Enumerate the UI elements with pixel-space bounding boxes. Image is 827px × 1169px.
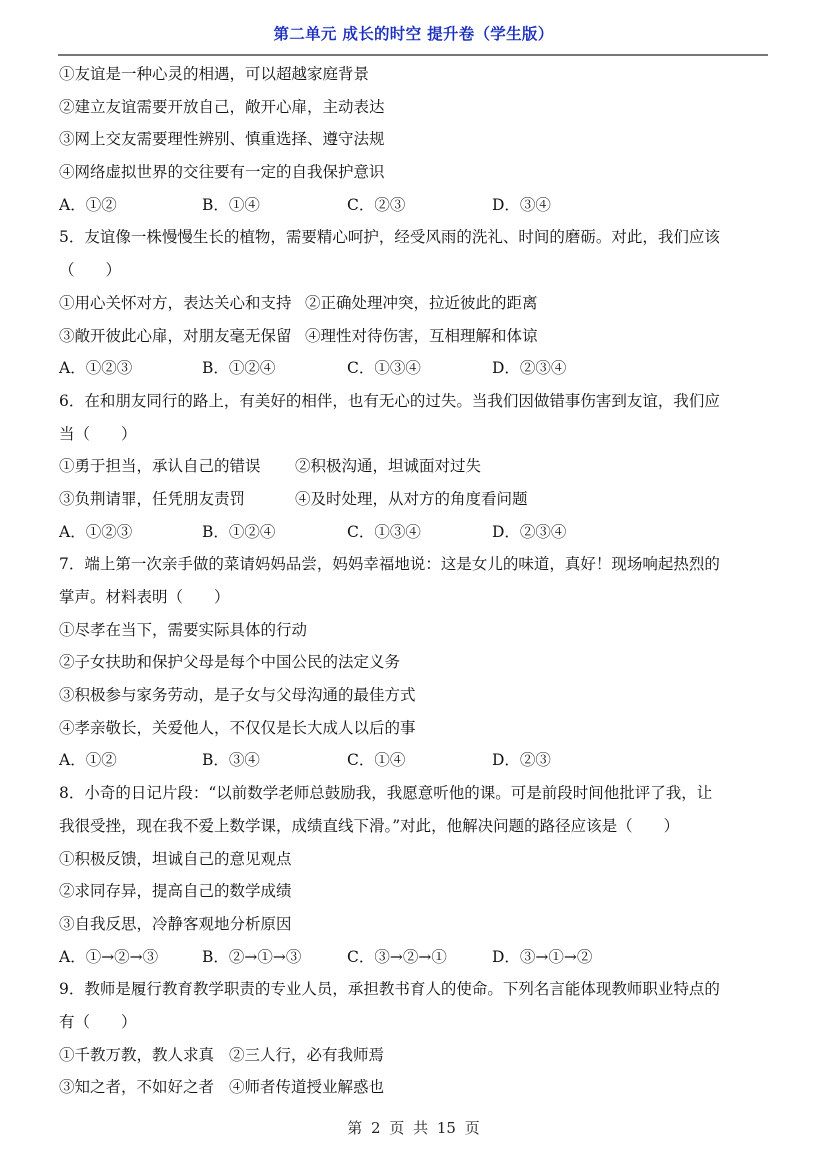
statement: ①用心关怀对方，表达关心和支持	[59, 294, 292, 312]
statement-row: ①千教万教，教人求真 ②三人行，必有我师焉	[59, 1039, 771, 1072]
question-stem-cont: 我很受挫，现在我不爱上数学课，成绩直线下滑。”对此，他解决问题的路径应该是（ ）	[59, 810, 771, 843]
question-6: 6．在和朋友同行的路上，有美好的相伴，也有无心的过失。当我们因做错事伤害到友谊，…	[59, 385, 771, 548]
option-c: C．①③④	[347, 352, 421, 385]
option-a: A．①②③	[59, 352, 132, 385]
option-b: B．②→①→③	[202, 941, 301, 974]
option-c: C．②③	[347, 189, 405, 222]
question-5: 5．友谊像一株慢慢生长的植物，需要精心呵护，经受风雨的洗礼、时间的磨砺。对此，我…	[59, 221, 771, 384]
statement: ③网上交友需要理性辨别、慎重选择、遵守法规	[59, 123, 771, 156]
option-a: A．①②	[59, 744, 117, 777]
answer-options: A．①→②→③ B．②→①→③ C．③→②→① D．③→①→②	[59, 941, 771, 974]
question-stem: 9．教师是履行教育教学职责的专业人员，承担教书育人的使命。下列名言能体现教师职业…	[59, 973, 771, 1006]
statement: ④理性对待伤害，互相理解和体谅	[305, 320, 538, 353]
statement: ③知之者，不如好之者	[59, 1078, 214, 1096]
option-c: C．①④	[347, 744, 405, 777]
question-stem: 7．端上第一次亲手做的菜请妈妈品尝，妈妈幸福地说：这是女儿的味道，真好！现场响起…	[59, 548, 771, 581]
answer-options: A．①②③ B．①②④ C．①③④ D．②③④	[59, 352, 771, 385]
statement: ②求同存异，提高自己的数学成绩	[59, 875, 771, 908]
header-divider	[58, 54, 768, 56]
question-stem-cont: 掌声。材料表明（ ）	[59, 581, 771, 614]
option-c: C．③→②→①	[347, 941, 447, 974]
document-body: ①友谊是一种心灵的相遇，可以超越家庭背景 ②建立友谊需要开放自己，敞开心扉，主动…	[59, 58, 771, 1104]
option-d: D．②③④	[492, 516, 566, 549]
question-7: 7．端上第一次亲手做的菜请妈妈品尝，妈妈幸福地说：这是女儿的味道，真好！现场响起…	[59, 548, 771, 777]
statement: ③积极参与家务劳动，是子女与父母沟通的最佳方式	[59, 679, 771, 712]
option-a: A．①②	[59, 189, 117, 222]
statement-row: ③负荆请罪，任凭朋友责罚 ④及时处理，从对方的角度看问题	[59, 483, 771, 516]
option-b: B．①④	[202, 189, 260, 222]
answer-options: A．①② B．③④ C．①④ D．②③	[59, 744, 771, 777]
answer-options: A．①②③ B．①②④ C．①③④ D．②③④	[59, 516, 771, 549]
statement-row: ③知之者，不如好之者 ④师者传道授业解惑也	[59, 1071, 771, 1104]
statement: ④及时处理，从对方的角度看问题	[295, 483, 528, 516]
statement: ③敞开彼此心扉，对朋友毫无保留	[59, 327, 292, 345]
option-a: A．①②③	[59, 516, 132, 549]
option-d: D．③④	[492, 189, 551, 222]
statement: ④网络虚拟世界的交往要有一定的自我保护意识	[59, 156, 771, 189]
statement: ④孝亲敬长，关爱他人，不仅仅是长大成人以后的事	[59, 712, 771, 745]
option-d: D．②③	[492, 744, 551, 777]
statement: ④师者传道授业解惑也	[229, 1071, 384, 1104]
question-4-continued: ①友谊是一种心灵的相遇，可以超越家庭背景 ②建立友谊需要开放自己，敞开心扉，主动…	[59, 58, 771, 221]
option-b: B．③④	[202, 744, 260, 777]
question-8: 8．小奇的日记片段：“以前数学老师总鼓励我，我愿意听他的课。可是前段时间他批评了…	[59, 777, 771, 973]
option-d: D．③→①→②	[492, 941, 592, 974]
statement-row: ③敞开彼此心扉，对朋友毫无保留 ④理性对待伤害，互相理解和体谅	[59, 320, 771, 353]
statement: ②正确处理冲突，拉近彼此的距离	[305, 287, 538, 320]
question-stem: 6．在和朋友同行的路上，有美好的相伴，也有无心的过失。当我们因做错事伤害到友谊，…	[59, 385, 771, 418]
page-header-title: 第二单元 成长的时空 提升卷（学生版）	[0, 22, 827, 44]
option-a: A．①→②→③	[59, 941, 158, 974]
answer-options: A．①② B．①④ C．②③ D．③④	[59, 189, 771, 222]
statement: ③自我反思，冷静客观地分析原因	[59, 908, 771, 941]
question-stem-cont: 有（ ）	[59, 1006, 771, 1039]
option-b: B．①②④	[202, 352, 275, 385]
statement: ①友谊是一种心灵的相遇，可以超越家庭背景	[59, 58, 771, 91]
option-b: B．①②④	[202, 516, 275, 549]
statement: ②建立友谊需要开放自己，敞开心扉，主动表达	[59, 91, 771, 124]
option-d: D．②③④	[492, 352, 566, 385]
statement: ①千教万教，教人求真	[59, 1046, 214, 1064]
page-number-footer: 第 2 页 共 15 页	[0, 1117, 827, 1138]
question-9: 9．教师是履行教育教学职责的专业人员，承担教书育人的使命。下列名言能体现教师职业…	[59, 973, 771, 1104]
statement-row: ①勇于担当，承认自己的错误 ②积极沟通，坦诚面对过失	[59, 450, 771, 483]
question-stem: 5．友谊像一株慢慢生长的植物，需要精心呵护，经受风雨的洗礼、时间的磨砺。对此，我…	[59, 221, 771, 254]
statement: ②子女扶助和保护父母是每个中国公民的法定义务	[59, 646, 771, 679]
question-stem-cont: 当（ ）	[59, 418, 771, 451]
statement: ③负荆请罪，任凭朋友责罚	[59, 490, 245, 508]
statement: ①勇于担当，承认自己的错误	[59, 457, 261, 475]
statement: ②三人行，必有我师焉	[229, 1039, 384, 1072]
statement: ①尽孝在当下，需要实际具体的行动	[59, 614, 771, 647]
statement: ①积极反馈，坦诚自己的意见观点	[59, 843, 771, 876]
question-stem: 8．小奇的日记片段：“以前数学老师总鼓励我，我愿意听他的课。可是前段时间他批评了…	[59, 777, 771, 810]
option-c: C．①③④	[347, 516, 421, 549]
statement: ②积极沟通，坦诚面对过失	[295, 450, 481, 483]
statement-row: ①用心关怀对方，表达关心和支持 ②正确处理冲突，拉近彼此的距离	[59, 287, 771, 320]
question-stem-cont: （ ）	[59, 254, 771, 287]
